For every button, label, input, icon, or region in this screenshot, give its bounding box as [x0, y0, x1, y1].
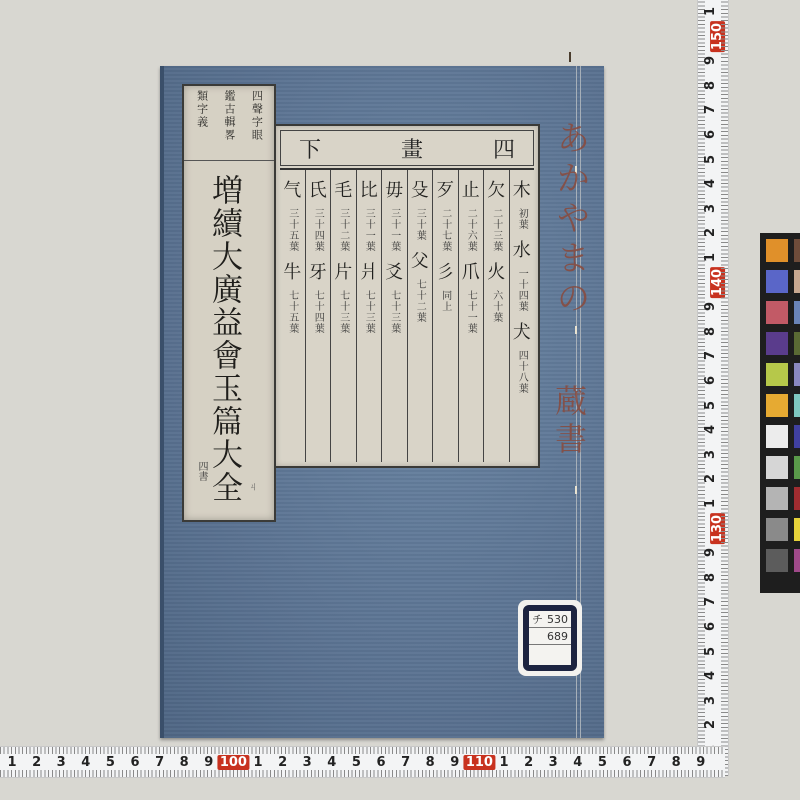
label-prefix: チ	[532, 611, 543, 627]
ruler-tick-label: 8	[703, 81, 718, 90]
ruler-tick-label: 6	[703, 376, 718, 385]
ruler-tick-label: 6	[703, 130, 718, 139]
ruler-tick-label: 1	[253, 755, 262, 770]
ruler-tick-label: 1	[499, 755, 508, 770]
radical-char: 毋	[382, 176, 407, 202]
color-patch	[766, 487, 788, 510]
index-column: 殳 三十葉 父 七十二葉	[407, 170, 433, 462]
color-patch	[794, 270, 800, 293]
page-note: 二十六葉	[463, 208, 478, 252]
sewing-hole	[575, 326, 577, 334]
ruler-tick-label: 4	[703, 425, 718, 434]
ruler-tick-label: 9	[703, 548, 718, 557]
page-note: 一十四葉	[514, 268, 529, 312]
ruler-tick-label: 150	[710, 21, 725, 52]
book-title: 増續大廣益會玉篇大全	[208, 174, 239, 504]
color-patch	[766, 239, 788, 262]
ruler-tick-label: 5	[106, 755, 115, 770]
sewing-hole	[575, 486, 577, 494]
ruler-tick-label: 2	[278, 755, 287, 770]
label-row-2: 689	[529, 628, 571, 645]
color-patch	[766, 456, 788, 479]
ruler-tick-label: 7	[155, 755, 164, 770]
ruler-tick-label: 9	[696, 755, 705, 770]
label-frame: チ 530 689	[523, 605, 577, 671]
radical-char: 水	[510, 236, 535, 262]
ruler-tick-label: 4	[573, 755, 582, 770]
ruler-tick-label: 140	[710, 267, 725, 298]
ruler-tick-label: 6	[622, 755, 631, 770]
ruler-tick-label: 2	[524, 755, 533, 770]
ruler-tick-label: 4	[81, 755, 90, 770]
page-note: 三十二葉	[336, 208, 351, 252]
color-patch	[766, 425, 788, 448]
radical-char: 止	[459, 176, 484, 202]
ruler-tick-label: 7	[401, 755, 410, 770]
index-column: 止 二十六葉 爪 七十一葉	[458, 170, 484, 462]
index-column: 歹 二十七葉 彡 同上	[432, 170, 458, 462]
title-slip: 類字義 鑑古輯畧 四聲字眼 増續大廣益會玉篇大全 四書 ㄐ	[182, 84, 276, 522]
handwritten-inscription-upper: あかやまの	[546, 120, 595, 320]
radical-char: 火	[484, 258, 509, 284]
page-note: 七十一葉	[463, 290, 478, 334]
ruler-tick-label: 3	[703, 450, 718, 459]
ruler-tick-label: 4	[703, 671, 718, 680]
page-note: 七十三葉	[336, 290, 351, 334]
header-column: 類字義	[194, 90, 210, 160]
page-note: 七十五葉	[285, 290, 300, 334]
ruler-tick-label: 5	[352, 755, 361, 770]
ruler-tick-label: 9	[450, 755, 459, 770]
color-patch	[766, 270, 788, 293]
color-patch	[794, 239, 800, 262]
ruler-tick-label: 7	[703, 105, 718, 114]
page-note: 七十四葉	[310, 290, 325, 334]
index-column: 欠 二十三葉 火 六十葉	[483, 170, 509, 462]
color-patch	[766, 549, 788, 572]
header-column: 鑑古輯畧	[221, 90, 237, 160]
radical-char: 殳	[408, 176, 433, 202]
heading-left: 下	[299, 133, 321, 164]
radical-char: 氏	[306, 176, 331, 202]
page-note: 七十二葉	[412, 279, 427, 323]
index-heading: 下 畫 四	[280, 130, 534, 166]
ruler-tick-label: 2	[703, 720, 718, 729]
book-cover: 類字義 鑑古輯畧 四聲字眼 増續大廣益會玉篇大全 四書 ㄐ 下 畫 四 木 初葉…	[160, 66, 604, 738]
vertical-ruler: 1150987654321140987654321130987654321	[697, 0, 729, 776]
ruler-tick-label: 9	[204, 755, 213, 770]
page-note: 初葉	[514, 208, 529, 230]
ruler-tick-label: 8	[180, 755, 189, 770]
color-patch	[766, 394, 788, 417]
page-note: 三十一葉	[361, 208, 376, 252]
ruler-tick-label: 3	[303, 755, 312, 770]
index-slip: 下 畫 四 木 初葉 水 一十四葉 犬 四十八葉 欠 二十三葉 火 六十葉 止 …	[274, 124, 540, 468]
radical-char: 爿	[357, 258, 382, 284]
ruler-tick-label: 6	[130, 755, 139, 770]
heading-center: 畫	[401, 133, 423, 164]
library-call-label: チ 530 689	[518, 600, 582, 676]
ruler-tick-label: 5	[703, 155, 718, 164]
color-patch	[794, 487, 800, 510]
color-patch	[794, 332, 800, 355]
radical-char: 气	[280, 176, 305, 202]
handwritten-inscription-lower: 蔵書	[546, 384, 592, 460]
radical-char: 比	[357, 176, 382, 202]
color-patch	[794, 301, 800, 324]
color-patch	[766, 332, 788, 355]
heading-right: 四	[493, 133, 515, 164]
radical-char: 毛	[331, 176, 356, 202]
ruler-tick-label: 2	[703, 474, 718, 483]
horizontal-ruler: 123456789100123456789110123456789	[0, 746, 725, 778]
page-note: 六十葉	[489, 290, 504, 323]
ruler-tick-label: 9	[703, 56, 718, 65]
color-patch	[794, 363, 800, 386]
radical-char: 片	[331, 258, 356, 284]
ruler-tick-label: 3	[57, 755, 66, 770]
color-patch	[766, 518, 788, 541]
page-note: 七十三葉	[387, 290, 402, 334]
page-note: 三十四葉	[310, 208, 325, 252]
title-slip-header: 類字義 鑑古輯畧 四聲字眼	[184, 86, 274, 161]
ruler-tick-label: 8	[703, 573, 718, 582]
ruler-tick-label: 9	[703, 302, 718, 311]
label-number: 530	[547, 613, 568, 626]
slip-footer-right: ㄐ	[244, 481, 259, 491]
index-column: 氏 三十四葉 牙 七十四葉	[305, 170, 331, 462]
ruler-tick-label: 8	[672, 755, 681, 770]
color-patch	[766, 363, 788, 386]
radical-char: 牙	[306, 258, 331, 284]
ruler-tick-label: 4	[703, 179, 718, 188]
color-patch	[794, 394, 800, 417]
index-column: 比 三十一葉 爿 七十三葉	[356, 170, 382, 462]
color-patch	[794, 549, 800, 572]
page-note: 三十葉	[412, 208, 427, 241]
page-note: 同上	[438, 290, 453, 312]
ruler-tick-label: 5	[598, 755, 607, 770]
ruler-tick-label: 1	[703, 499, 718, 508]
index-column: 气 三十五葉 牛 七十五葉	[280, 170, 305, 462]
ruler-tick-label: 1	[7, 755, 16, 770]
ruler-tick-label: 1	[703, 253, 718, 262]
ruler-tick-label: 5	[703, 647, 718, 656]
page-note: 七十三葉	[361, 290, 376, 334]
radical-char: 歹	[433, 176, 458, 202]
radical-index-grid: 木 初葉 水 一十四葉 犬 四十八葉 欠 二十三葉 火 六十葉 止 二十六葉 爪…	[280, 168, 534, 462]
ruler-tick-label: 3	[549, 755, 558, 770]
page-note: 三十五葉	[285, 208, 300, 252]
color-calibration-chart	[760, 233, 800, 593]
page-note: 四十八葉	[514, 350, 529, 394]
radical-char: 犬	[510, 318, 535, 344]
label-number: 689	[547, 630, 568, 643]
ruler-tick-label: 100	[218, 755, 249, 770]
color-patch	[794, 425, 800, 448]
radical-char: 木	[510, 176, 535, 202]
slip-footer-left: 四書	[194, 461, 209, 481]
ruler-tick-label: 7	[647, 755, 656, 770]
ruler-tick-label: 3	[703, 204, 718, 213]
ruler-tick-label: 2	[32, 755, 41, 770]
radical-char: 欠	[484, 176, 509, 202]
ruler-tick-label: 110	[464, 755, 495, 770]
ruler-tick-label: 2	[703, 228, 718, 237]
ruler-tick-label: 8	[426, 755, 435, 770]
index-column: 毋 三十一葉 爻 七十三葉	[381, 170, 407, 462]
ruler-tick-label: 6	[703, 622, 718, 631]
page-note: 二十七葉	[438, 208, 453, 252]
ruler-tick-label: 6	[376, 755, 385, 770]
label-row-1: チ 530	[529, 611, 571, 628]
ruler-tick-label: 7	[703, 351, 718, 360]
ruler-tick-label: 5	[703, 401, 718, 410]
radical-char: 爪	[459, 258, 484, 284]
header-column: 四聲字眼	[248, 90, 264, 160]
index-column: 毛 三十二葉 片 七十三葉	[330, 170, 356, 462]
color-patch	[794, 518, 800, 541]
ruler-tick-label: 4	[327, 755, 336, 770]
binding-thread	[569, 52, 571, 62]
radical-char: 牛	[280, 258, 305, 284]
page-note: 三十一葉	[387, 208, 402, 252]
ruler-tick-label: 7	[703, 597, 718, 606]
radical-char: 父	[408, 247, 433, 273]
page-note: 二十三葉	[489, 208, 504, 252]
color-patch	[766, 301, 788, 324]
radical-char: 爻	[382, 258, 407, 284]
ruler-tick-label: 8	[703, 327, 718, 336]
ruler-tick-label: 130	[710, 513, 725, 544]
color-patch	[794, 456, 800, 479]
index-column: 木 初葉 水 一十四葉 犬 四十八葉	[509, 170, 535, 462]
radical-char: 彡	[433, 258, 458, 284]
ruler-tick-label: 1	[703, 7, 718, 16]
ruler-tick-label: 3	[703, 696, 718, 705]
